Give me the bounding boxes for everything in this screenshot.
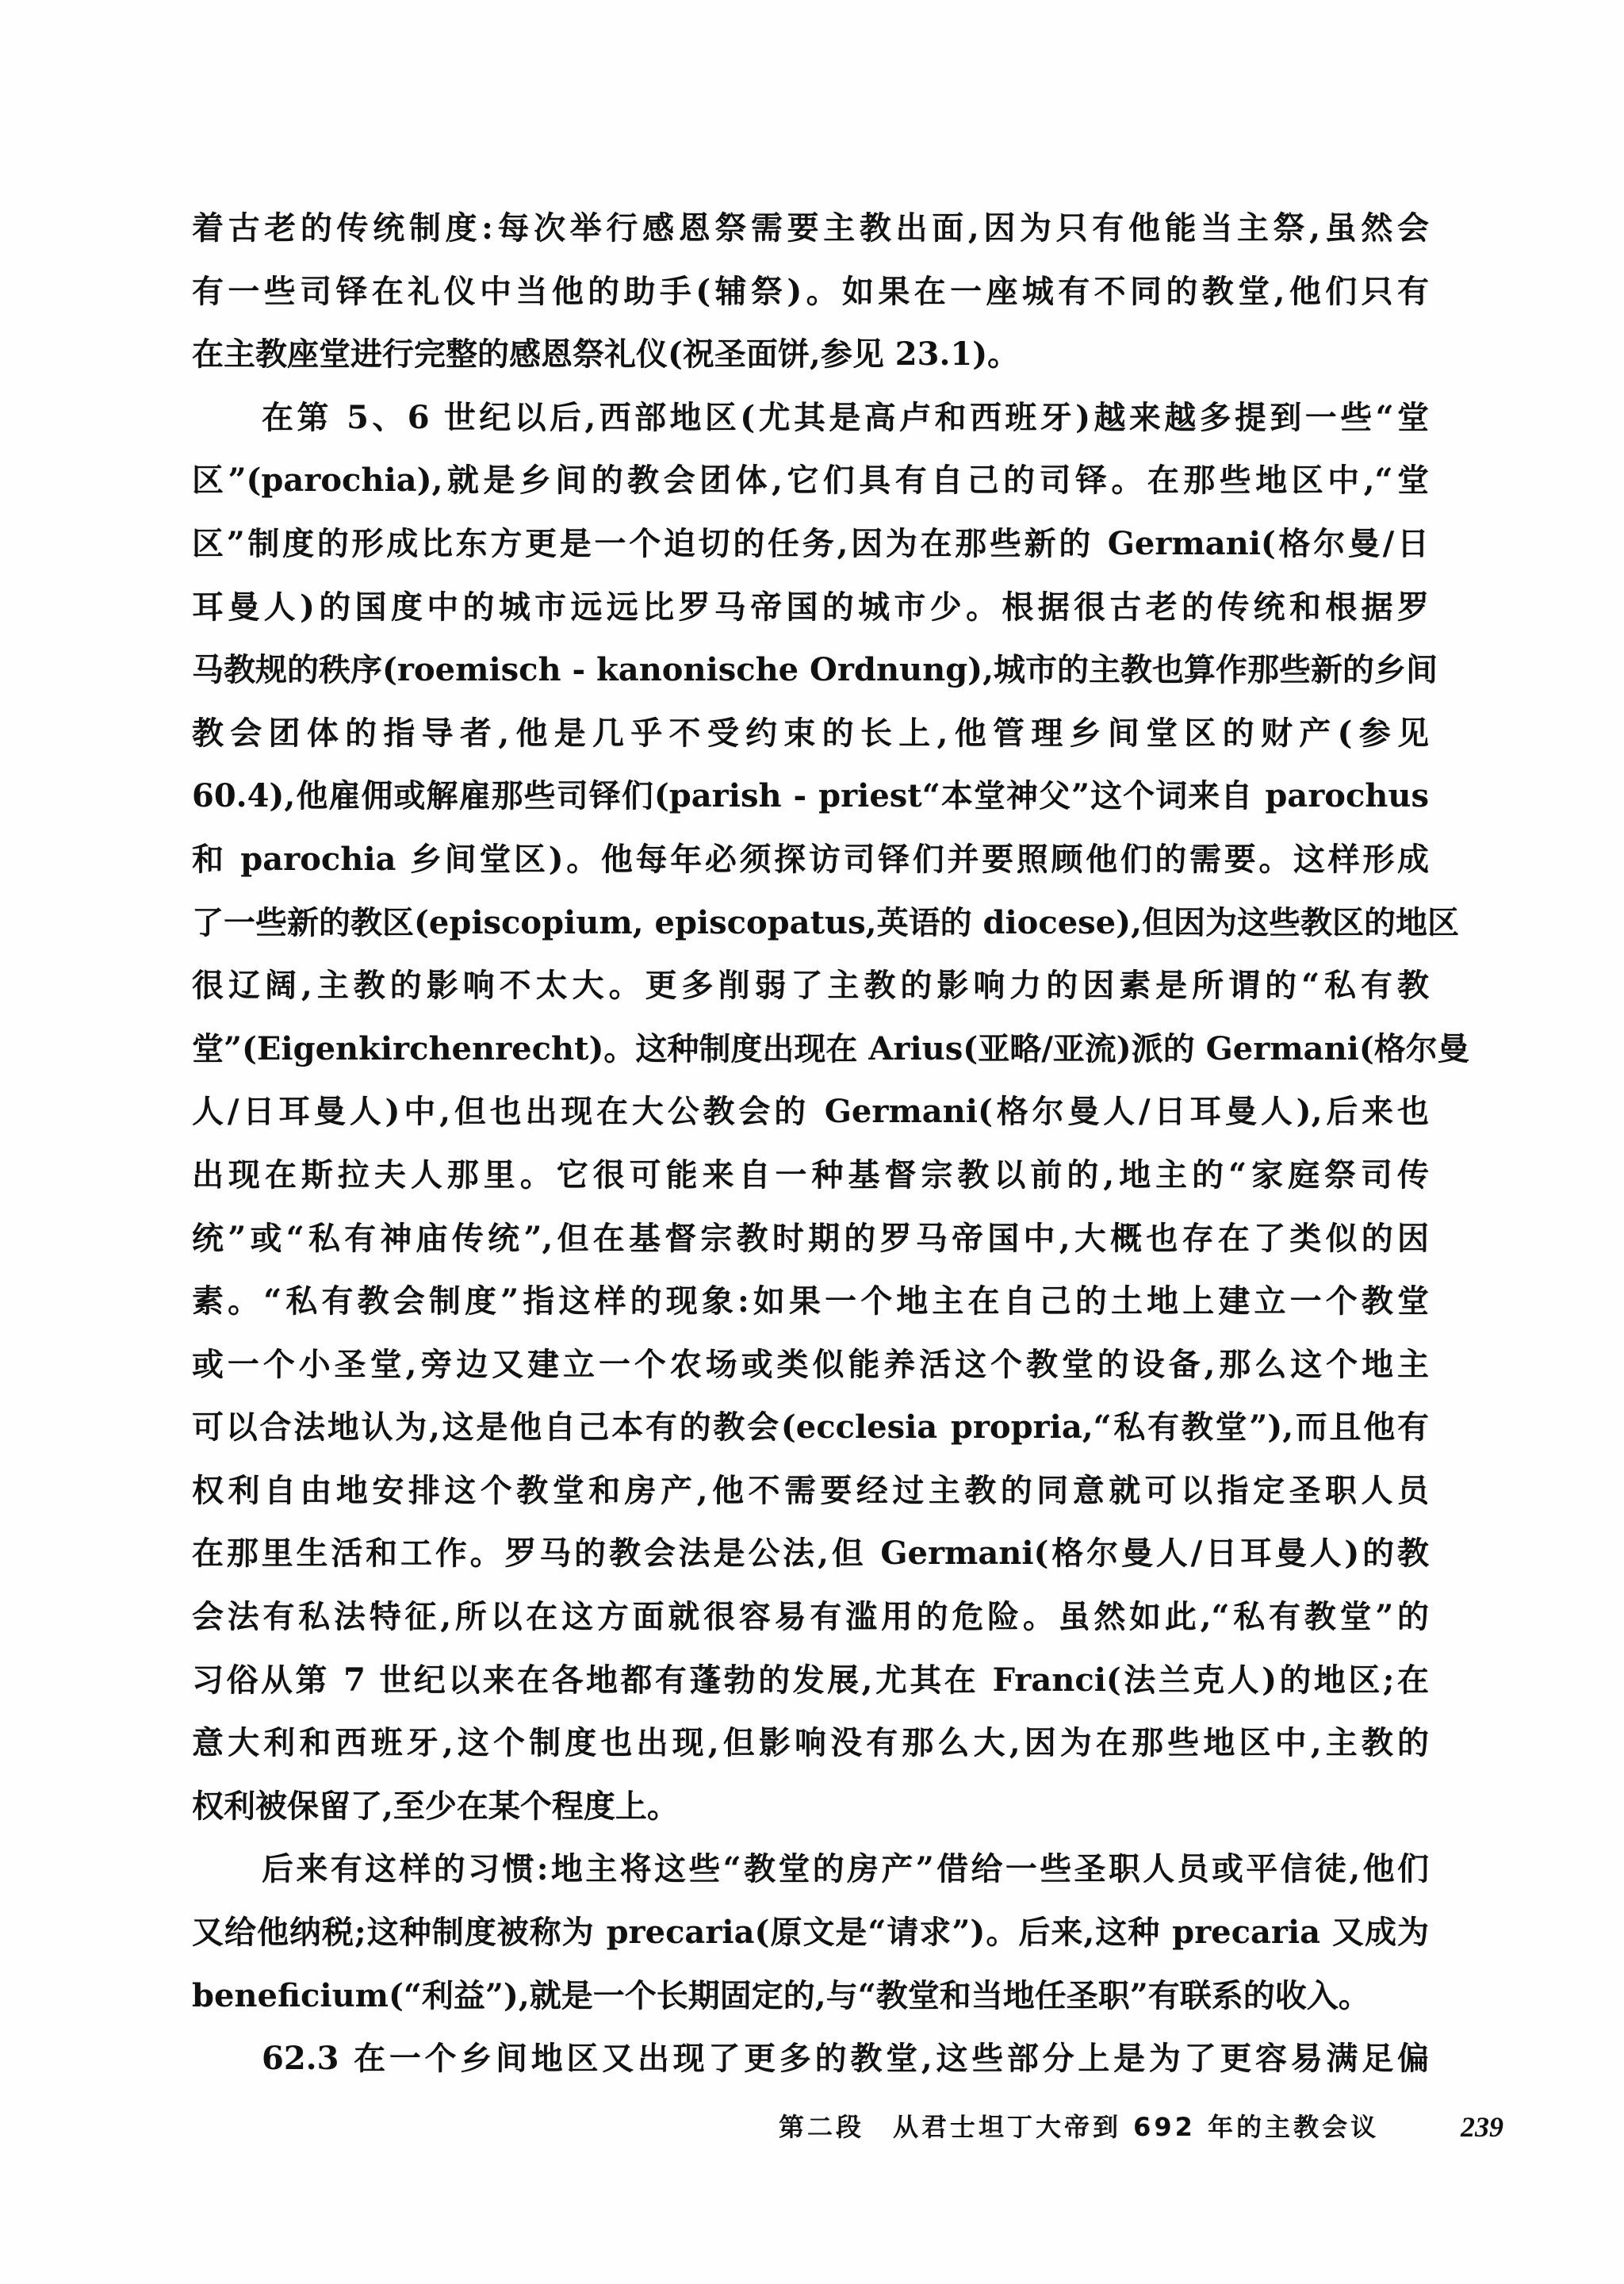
text-line: 或一个小圣堂,旁边又建立一个农场或类似能养活这个教堂的设备,那么这个地主 (192, 1333, 1429, 1397)
text-line: 耳曼人)的国度中的城市远远比罗马帝国的城市少。根据很古老的传统和根据罗 (192, 576, 1429, 639)
text-line: beneficium(“利益”),就是一个长期固定的,与“教堂和当地任圣职”有联… (192, 1964, 1429, 2028)
text-line: 会法有私法特征,所以在这方面就很容易有滥用的危险。虽然如此,“私有教堂”的 (192, 1585, 1429, 1649)
paragraph: 着古老的传统制度:每次举行感恩祭需要主教出面,因为只有他能当主祭,虽然会 有一些… (192, 197, 1429, 386)
text-line: 可以合法地认为,这是他自己本有的教会(ecclesia propria,“私有教… (192, 1396, 1429, 1459)
text-line: 习俗从第 7 世纪以来在各地都有蓬勃的发展,尤其在 Franci(法兰克人)的地… (192, 1649, 1429, 1712)
page-footer: 第二段 从君士坦丁大帝到 692 年的主教会议 239 (0, 2103, 1624, 2151)
text-line: 着古老的传统制度:每次举行感恩祭需要主教出面,因为只有他能当主祭,虽然会 (192, 197, 1429, 260)
text-line: 有一些司铎在礼仪中当他的助手(辅祭)。如果在一座城有不同的教堂,他们只有 (192, 260, 1429, 324)
paragraph: 在第 5、6 世纪以后,西部地区(尤其是高卢和西班牙)越来越多提到一些“堂 区”… (192, 386, 1429, 1838)
text-line: 区”制度的形成比东方更是一个迫切的任务,因为在那些新的 Germani(格尔曼/… (192, 512, 1429, 576)
text-line: 意大利和西班牙,这个制度也出现,但影响没有那么大,因为在那些地区中,主教的 (192, 1711, 1429, 1775)
text-line: 堂”(Eigenkirchenrecht)。这种制度出现在 Arius(亚略/亚… (192, 1017, 1429, 1081)
text-line: 很辽阔,主教的影响不太大。更多削弱了主教的影响力的因素是所谓的“私有教 (192, 954, 1429, 1017)
text-line: 素。“私有教会制度”指这样的现象:如果一个地主在自己的土地上建立一个教堂 (192, 1270, 1429, 1333)
text-line: 统”或“私有神庙传统”,但在基督宗教时期的罗马帝国中,大概也存在了类似的因 (192, 1207, 1429, 1270)
body-text: 着古老的传统制度:每次举行感恩祭需要主教出面,因为只有他能当主祭,虽然会 有一些… (192, 197, 1429, 2090)
text-line: 60.4),他雇佣或解雇那些司铎们(parish - priest“本堂神父”这… (192, 765, 1429, 828)
text-line: 区”(parochia),就是乡间的教会团体,它们具有自己的司铎。在那些地区中,… (192, 449, 1429, 512)
text-line: 在那里生活和工作。罗马的教会法是公法,但 Germani(格尔曼人/日耳曼人)的… (192, 1522, 1429, 1585)
text-line: 后来有这样的习惯:地主将这些“教堂的房产”借给一些圣职人员或平信徒,他们 (192, 1838, 1429, 1901)
text-line: 又给他纳税;这种制度被称为 precaria(原文是“请求”)。后来,这种 pr… (192, 1901, 1429, 1964)
book-page: 着古老的传统制度:每次举行感恩祭需要主教出面,因为只有他能当主祭,虽然会 有一些… (0, 0, 1624, 2284)
paragraph: 后来有这样的习惯:地主将这些“教堂的房产”借给一些圣职人员或平信徒,他们 又给他… (192, 1838, 1429, 2027)
text-line: 和 parochia 乡间堂区)。他每年必须探访司铎们并要照顾他们的需要。这样形… (192, 828, 1429, 891)
text-line: 出现在斯拉夫人那里。它很可能来自一种基督宗教以前的,地主的“家庭祭司传 (192, 1144, 1429, 1207)
text-line: 教会团体的指导者,他是几乎不受约束的长上,他管理乡间堂区的财产(参见 (192, 702, 1429, 765)
text-line: 权利被保留了,至少在某个程度上。 (192, 1775, 1429, 1838)
text-line: 了一些新的教区(episcopium, episcopatus,英语的 dioc… (192, 891, 1429, 955)
text-line: 权利自由地安排这个教堂和房产,他不需要经过主教的同意就可以指定圣职人员 (192, 1459, 1429, 1523)
running-head: 第二段 从君士坦丁大帝到 692 年的主教会议 (779, 2103, 1379, 2151)
text-line: 人/日耳曼人)中,但也出现在大公教会的 Germani(格尔曼人/日耳曼人),后… (192, 1080, 1429, 1144)
text-line: 在主教座堂进行完整的感恩祭礼仪(祝圣面饼,参见 23.1)。 (192, 323, 1429, 386)
text-line: 62.3 在一个乡间地区又出现了更多的教堂,这些部分上是为了更容易满足偏 (192, 2027, 1429, 2090)
text-line: 马教规的秩序(roemisch - kanonische Ordnung),城市… (192, 638, 1429, 702)
text-line: 在第 5、6 世纪以后,西部地区(尤其是高卢和西班牙)越来越多提到一些“堂 (192, 386, 1429, 450)
page-number: 239 (1461, 2103, 1503, 2151)
section-paragraph: 62.3 在一个乡间地区又出现了更多的教堂,这些部分上是为了更容易满足偏 (192, 2027, 1429, 2090)
